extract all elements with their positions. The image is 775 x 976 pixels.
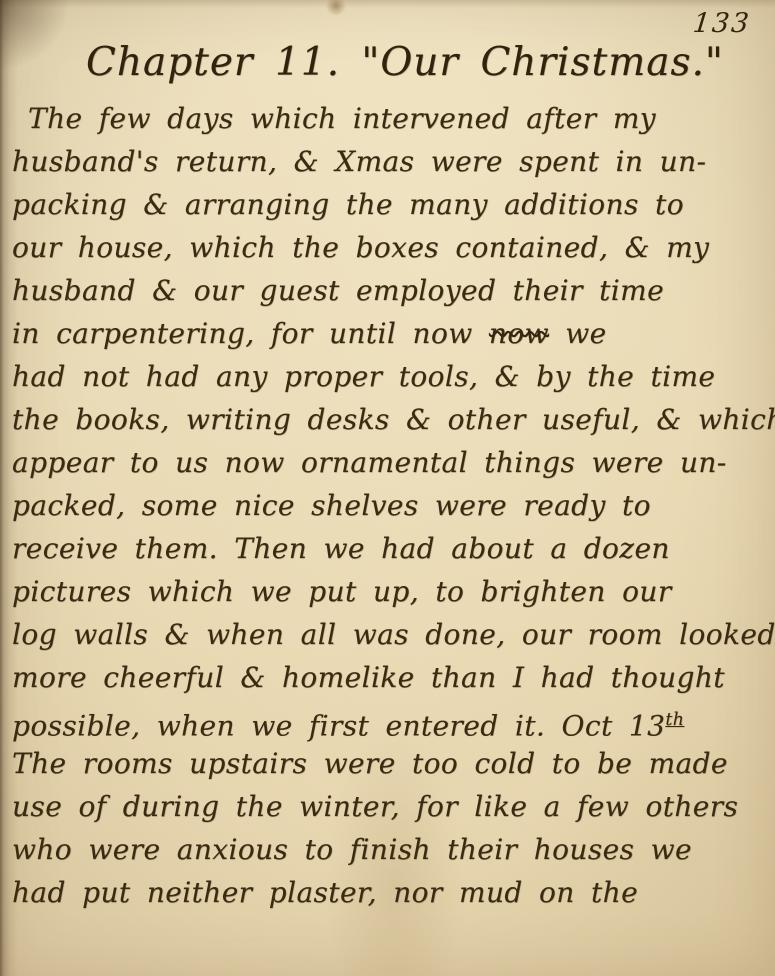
- text-segment: packing & arranging the many additions t…: [12, 188, 684, 221]
- text-segment: husband's return, & Xmas were spent in u…: [12, 145, 706, 178]
- handwritten-line: packing & arranging the many additions t…: [12, 183, 771, 226]
- handwritten-line: who were anxious to finish their houses …: [12, 828, 771, 871]
- text-segment: The rooms upstairs were too cold to be m…: [12, 747, 728, 780]
- text-segment: use of during the winter, for like a few…: [12, 790, 738, 823]
- handwritten-line: husband & our guest employed their time: [12, 269, 771, 312]
- handwritten-line: our house, which the boxes contained, & …: [12, 226, 771, 269]
- text-segment: possible, when we first entered it. Oct …: [12, 709, 665, 742]
- handwritten-line: more cheerful & homelike than I had thou…: [12, 656, 771, 699]
- text-segment: we: [549, 317, 607, 350]
- text-segment: more cheerful & homelike than I had thou…: [12, 661, 725, 694]
- handwritten-line: the books, writing desks & other useful,…: [12, 398, 771, 441]
- handwritten-line: use of during the winter, for like a few…: [12, 785, 771, 828]
- text-segment: had put neither plaster, nor mud on the: [12, 876, 638, 909]
- handwritten-line: log walls & when all was done, our room …: [12, 613, 771, 656]
- handwritten-line: had not had any proper tools, & by the t…: [12, 355, 771, 398]
- handwritten-line: in carpentering, for until now now we: [12, 312, 771, 355]
- page-number: 133: [692, 8, 753, 39]
- text-segment: pictures which we put up, to brighten ou…: [12, 575, 672, 608]
- handwritten-line: The rooms upstairs were too cold to be m…: [12, 742, 771, 785]
- text-segment: receive them. Then we had about a dozen: [12, 532, 670, 565]
- handwritten-line: pictures which we put up, to brighten ou…: [12, 570, 771, 613]
- text-segment: the books, writing desks & other useful,…: [12, 403, 775, 436]
- handwritten-line: appear to us now ornamental things were …: [12, 441, 771, 484]
- text-segment: The few days which intervened after my: [28, 102, 656, 135]
- text-segment: who were anxious to finish their houses …: [12, 833, 692, 866]
- handwritten-line: packed, some nice shelves were ready to: [12, 484, 771, 527]
- handwritten-line: had put neither plaster, nor mud on the: [12, 871, 771, 914]
- manuscript-page: 133 Chapter 11. "Our Christmas." The few…: [0, 0, 775, 976]
- text-segment: appear to us now ornamental things were …: [12, 446, 727, 479]
- text-segment: in carpentering, for until now: [12, 317, 489, 350]
- superscript-text: th: [665, 710, 684, 730]
- text-segment: log walls & when all was done, our room …: [12, 618, 775, 651]
- handwritten-line: The few days which intervened after my: [12, 97, 771, 140]
- chapter-title: Chapter 11. "Our Christmas.": [86, 40, 724, 85]
- handwritten-line: possible, when we first entered it. Oct …: [12, 699, 771, 742]
- manuscript-body: The few days which intervened after myhu…: [12, 97, 771, 914]
- struck-word: now: [489, 317, 549, 350]
- text-segment: husband & our guest employed their time: [12, 274, 664, 307]
- text-segment: had not had any proper tools, & by the t…: [12, 360, 715, 393]
- handwritten-line: receive them. Then we had about a dozen: [12, 527, 771, 570]
- text-segment: packed, some nice shelves were ready to: [12, 489, 651, 522]
- handwritten-line: husband's return, & Xmas were spent in u…: [12, 140, 771, 183]
- text-segment: our house, which the boxes contained, & …: [12, 231, 709, 264]
